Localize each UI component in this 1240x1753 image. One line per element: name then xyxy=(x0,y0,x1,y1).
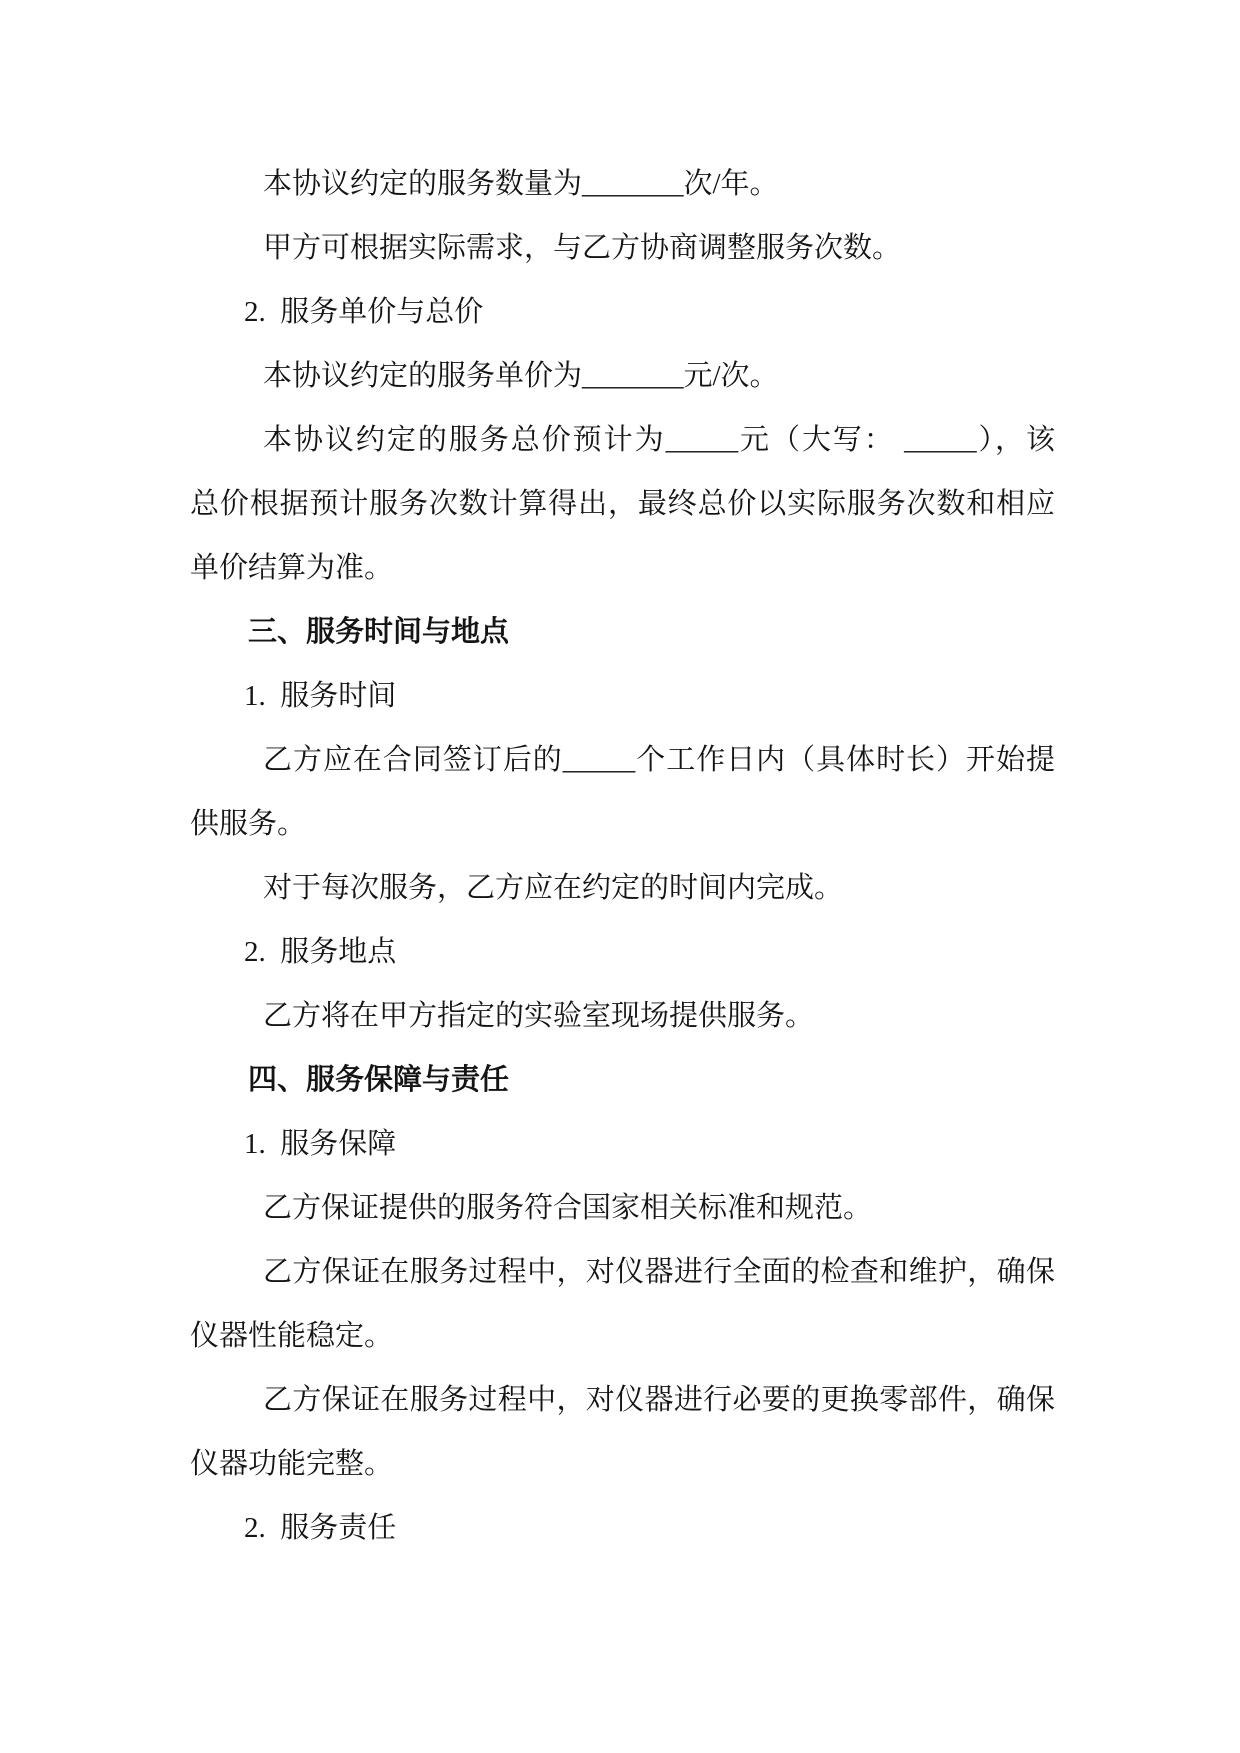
paragraph-line: 乙方保证在服务过程中，对仪器进行必要的更换零部件，确保 xyxy=(190,1368,1055,1432)
paragraph-line: 总价根据预计服务次数计算得出，最终总价以实际服务次数和相应 xyxy=(190,472,1055,536)
list-item: 2. 服务地点 xyxy=(190,920,1055,984)
paragraph-line: 单价结算为准。 xyxy=(190,536,1055,600)
document-page: 本协议约定的服务数量为_______次/年。 甲方可根据实际需求，与乙方协商调整… xyxy=(0,0,1240,1753)
paragraph-line: 仪器性能稳定。 xyxy=(190,1304,1055,1368)
section-heading-3: 三、服务时间与地点 xyxy=(190,600,1055,664)
paragraph-line: 本协议约定的服务总价预计为_____元（大写： _____），该 xyxy=(190,408,1055,472)
section-heading-4: 四、服务保障与责任 xyxy=(190,1048,1055,1112)
paragraph-line: 本协议约定的服务单价为_______元/次。 xyxy=(190,344,1055,408)
paragraph-line: 乙方保证在服务过程中，对仪器进行全面的检查和维护，确保 xyxy=(190,1240,1055,1304)
paragraph-line: 仪器功能完整。 xyxy=(190,1432,1055,1496)
paragraph-line: 对于每次服务，乙方应在约定的时间内完成。 xyxy=(190,856,1055,920)
list-item: 2. 服务责任 xyxy=(190,1496,1055,1560)
paragraph-line: 本协议约定的服务数量为_______次/年。 xyxy=(190,152,1055,216)
list-item: 2. 服务单价与总价 xyxy=(190,280,1055,344)
paragraph-line: 供服务。 xyxy=(190,792,1055,856)
paragraph-line: 乙方保证提供的服务符合国家相关标准和规范。 xyxy=(190,1176,1055,1240)
list-item: 1. 服务保障 xyxy=(190,1112,1055,1176)
paragraph-line: 乙方将在甲方指定的实验室现场提供服务。 xyxy=(190,984,1055,1048)
list-item: 1. 服务时间 xyxy=(190,664,1055,728)
paragraph-line: 甲方可根据实际需求，与乙方协商调整服务次数。 xyxy=(190,216,1055,280)
paragraph-line: 乙方应在合同签订后的_____个工作日内（具体时长）开始提 xyxy=(190,728,1055,792)
